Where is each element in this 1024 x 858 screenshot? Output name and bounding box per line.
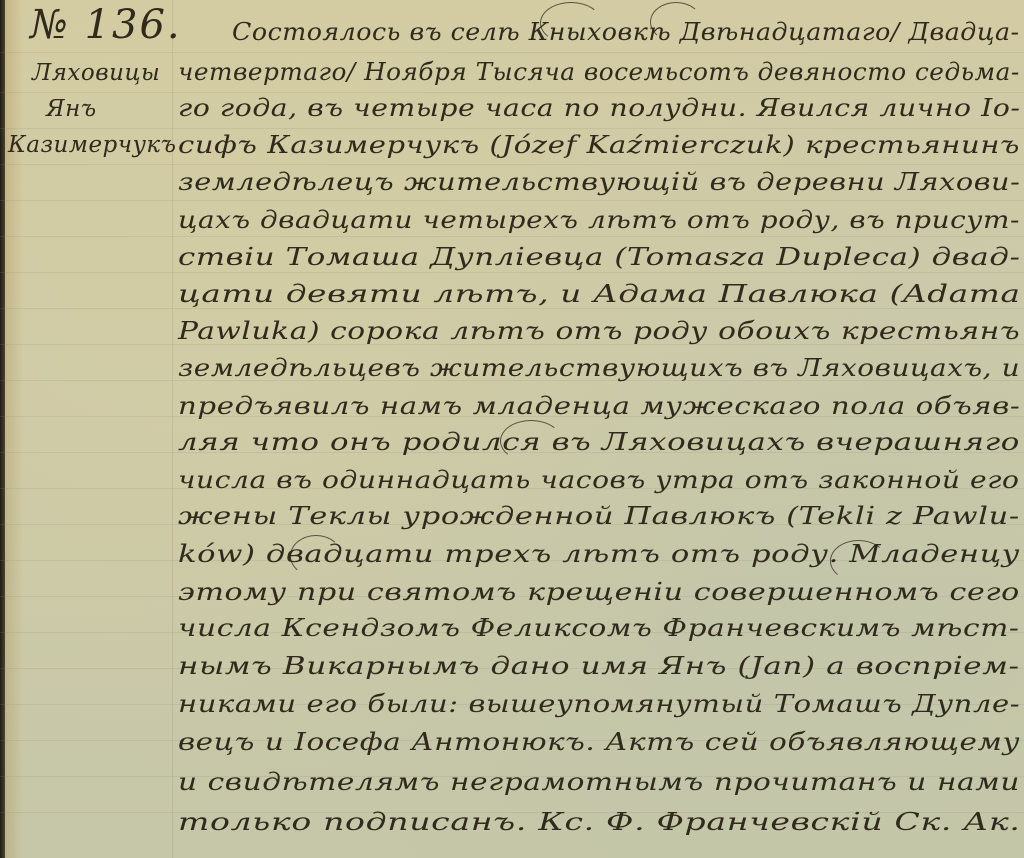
body-line-16: этому при святомъ крещеніи совершенномъ … <box>178 578 1020 606</box>
pen-flourish <box>290 535 342 577</box>
ruled-line <box>0 128 1024 129</box>
pen-flourish <box>650 2 702 42</box>
body-line-14: жены Теклы урожденной Павлюкъ (Tekli z P… <box>178 502 1020 530</box>
ruled-line <box>0 52 1024 53</box>
body-line-4: сифъ Казимерчукъ (Józef Kaźmierczuk) кре… <box>178 131 1020 159</box>
ruled-line <box>0 308 1024 309</box>
body-line-7: ствіи Томаша Дупліевца (Tomasza Dupleca)… <box>178 243 1021 271</box>
margin-surname: Казимерчукъ <box>8 132 177 158</box>
body-line-20: вецъ и Іосефа Антонюкъ. Актъ сей объявля… <box>178 728 1020 756</box>
record-number: № 136. <box>30 2 182 48</box>
body-line-13: числа въ одиннадцать часовъ утра отъ зак… <box>178 466 1019 494</box>
body-line-10: земледѣльцевъ жительствующихъ въ Ляховиц… <box>178 354 1020 382</box>
body-line-5: земледѣлецъ жительствующій въ деревни Ля… <box>178 168 1020 196</box>
body-line-8: цати девяти лѣтъ, и Адама Павлюка (Adama <box>178 280 1021 308</box>
body-line-3: го года, въ четыре часа по полудни. Явил… <box>178 94 1021 122</box>
ruled-line <box>0 236 1024 237</box>
body-line-21: и свидѣтелямъ неграмотнымъ прочитанъ и н… <box>178 768 1020 796</box>
body-line-18: нымъ Викарнымъ дано имя Янъ (Jan) а восп… <box>178 652 1020 680</box>
ruled-line <box>0 92 1024 93</box>
body-line-1: Состоялось въ селѣ Кныховкѣ Двѣнадцатаго… <box>232 18 1020 46</box>
ruled-line <box>0 272 1024 273</box>
body-line-2: четвертаго/ Ноября Тысяча восемьсотъ дев… <box>178 58 1020 86</box>
body-line-19: никами его были: вышеупомянутый Томашъ Д… <box>178 690 1020 718</box>
ruled-line <box>0 164 1024 165</box>
margin-given-name: Янъ <box>46 96 97 122</box>
body-line-6: цахъ двадцати четырехъ лѣтъ отъ роду, въ… <box>178 206 1020 234</box>
pen-flourish <box>830 540 887 582</box>
body-line-12: ляя что онъ родился въ Ляховицахъ вчераш… <box>178 428 1020 456</box>
pen-flourish <box>540 2 602 44</box>
body-line-9: Pawluka) сорока лѣтъ отъ роду обоихъ кре… <box>178 317 1020 345</box>
ruled-line <box>0 200 1024 201</box>
pen-flourish <box>500 420 562 462</box>
margin-village: Ляховицы <box>32 60 160 86</box>
body-line-11: предъявилъ намъ младенца мужескаго пола … <box>178 392 1020 420</box>
body-line-17: числа Ксендзомъ Феликсомъ Франчевскимъ м… <box>178 614 1020 642</box>
document-page: № 136. Ляховицы Янъ Казимерчукъ Состояло… <box>0 0 1024 858</box>
body-line-22: только подписанъ. Кс. Ф. Франчевскій Ск.… <box>178 808 1021 836</box>
